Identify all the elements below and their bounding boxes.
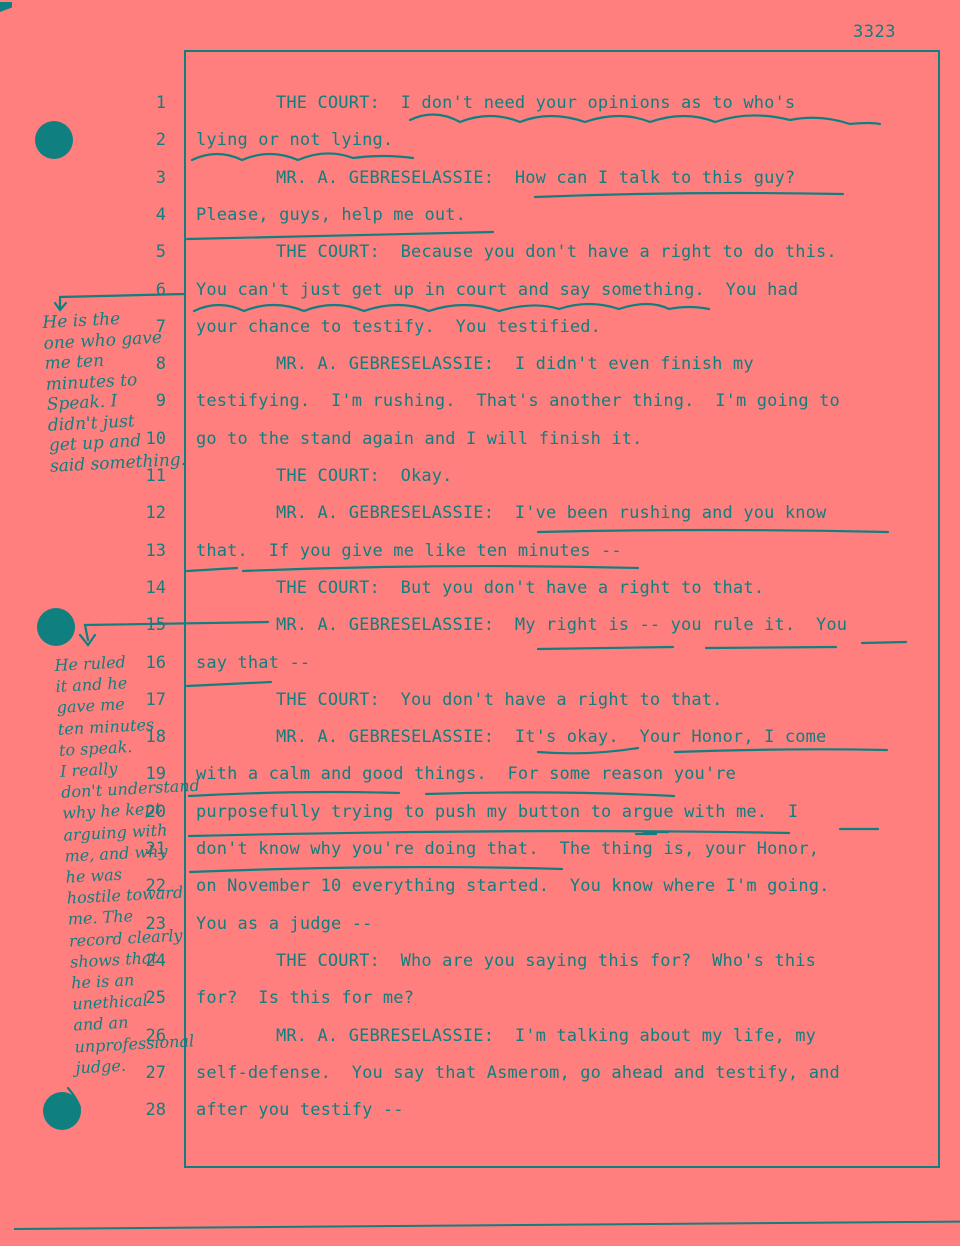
underline [538,647,673,649]
underline [706,647,836,648]
underline [190,867,562,872]
note-tail [68,1088,80,1108]
underline [187,568,237,571]
underline [535,193,843,197]
underline [189,831,789,836]
arrow-line [60,294,184,308]
underline [243,566,638,571]
wavy-underline [192,153,413,160]
underline [426,792,674,796]
underline [189,792,399,796]
wavy-underline [410,114,880,124]
ink-annotations [0,0,960,1246]
underline [862,642,906,643]
underline [675,749,887,752]
underline [187,232,493,239]
wavy-underline [194,304,709,311]
underline [187,682,271,686]
underline [538,748,638,753]
underline [538,530,888,532]
arrow-line [85,622,268,640]
